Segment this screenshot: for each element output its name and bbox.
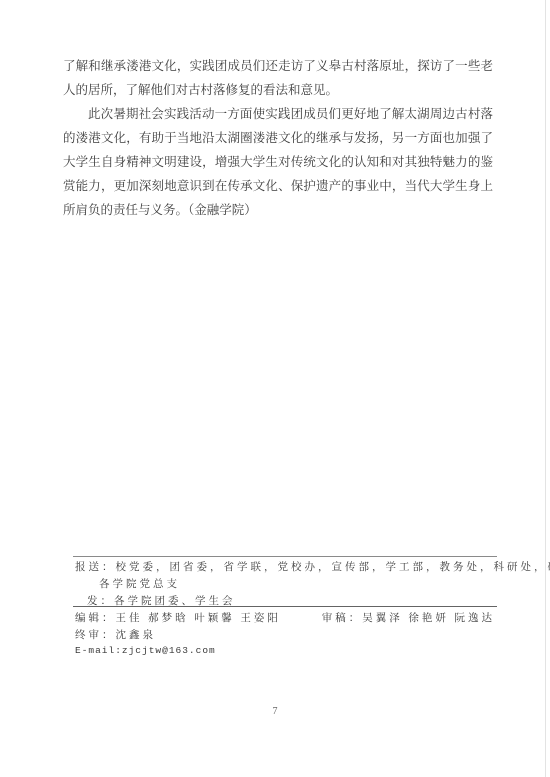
body-text: 了解和继承溇港文化，实践团成员们还走访了义皋古村落原址，探访了一些老人的居所，了… <box>63 54 493 222</box>
page-edge-line <box>545 0 546 777</box>
footer-divider-bottom <box>73 606 497 607</box>
paragraph-summary: 此次暑期社会实践活动一方面使实践团成员们更好地了解太湖周边古村落的溇港文化，有助… <box>63 102 493 222</box>
footer-reviewers: 审稿：吴翼泽 徐艳妍 阮逸达 <box>322 611 495 626</box>
footer-editors: 编辑：王佳 郝梦晗 叶颖馨 王姿阳 <box>75 611 281 626</box>
footer-report-continuation: 各学院党总支 <box>99 577 180 592</box>
paragraph-continuation: 了解和继承溇港文化，实践团成员们还走访了义皋古村落原址，探访了一些老人的居所，了… <box>63 54 493 102</box>
footer-divider-top <box>73 556 497 557</box>
footer-report-line: 报送：校党委，团省委，省学联，党校办，宣传部，学工部，教务处，科研处，研工部， <box>75 560 550 575</box>
page-number: 7 <box>0 706 550 717</box>
footer-email: E-mail:zjcjtw@163.com <box>75 645 216 656</box>
document-page: 了解和继承溇港文化，实践团成员们还走访了义皋古村落原址，探访了一些老人的居所，了… <box>0 0 550 777</box>
footer-final-review: 终审：沈鑫泉 <box>75 628 156 643</box>
